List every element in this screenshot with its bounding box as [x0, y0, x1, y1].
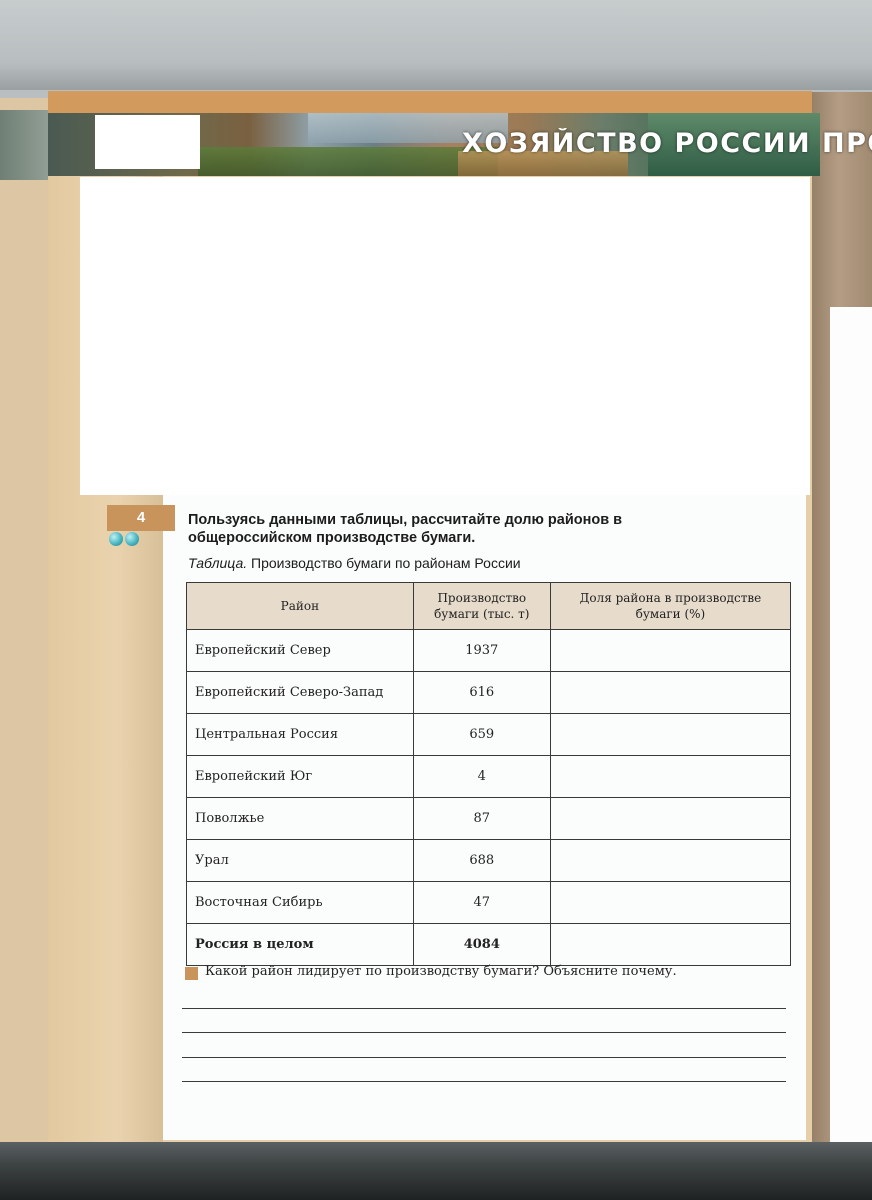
region-cell: Центральная Россия: [187, 714, 414, 756]
redacted-logo: [95, 115, 200, 169]
table-total-row: Россия в целом4084: [187, 924, 791, 966]
table-row: Поволжье87: [187, 798, 791, 840]
answer-line[interactable]: [182, 1008, 786, 1009]
table-row: Восточная Сибирь47: [187, 882, 791, 924]
share-cell[interactable]: [550, 756, 790, 798]
answer-line[interactable]: [182, 1057, 786, 1058]
table-row: Центральная Россия659: [187, 714, 791, 756]
table-caption-label: Таблица.: [188, 555, 247, 571]
scanner-background-bottom: [0, 1142, 872, 1200]
paper-production-table: Район Производство бумаги (тыс. т) Доля …: [186, 582, 791, 966]
table-row: Европейский Север1937: [187, 630, 791, 672]
table-row: Урал688: [187, 840, 791, 882]
production-cell: 47: [413, 882, 550, 924]
redacted-region-main: [80, 177, 810, 495]
production-cell: 1937: [413, 630, 550, 672]
production-cell: 4084: [413, 924, 550, 966]
page-top-band: [48, 91, 812, 115]
task-instruction: Пользуясь данными таблицы, рассчитайте д…: [188, 511, 748, 547]
question-marker-icon: [185, 967, 198, 980]
table-row: Европейский Юг4: [187, 756, 791, 798]
region-cell: Поволжье: [187, 798, 414, 840]
share-cell[interactable]: [550, 714, 790, 756]
answer-line[interactable]: [182, 1032, 786, 1033]
production-cell: 4: [413, 756, 550, 798]
region-cell: Европейский Север: [187, 630, 414, 672]
production-cell: 659: [413, 714, 550, 756]
table-caption-text: Производство бумаги по районам России: [247, 555, 520, 571]
production-cell: 616: [413, 672, 550, 714]
share-cell[interactable]: [550, 630, 790, 672]
production-cell: 688: [413, 840, 550, 882]
follow-up-question: Какой район лидирует по производству бум…: [205, 964, 677, 979]
production-cell: 87: [413, 798, 550, 840]
task-number-badge: 4: [107, 505, 175, 531]
table-row: Европейский Северо-Запад616: [187, 672, 791, 714]
region-cell: Европейский Юг: [187, 756, 414, 798]
share-cell[interactable]: [550, 672, 790, 714]
answer-line[interactable]: [182, 1081, 786, 1082]
region-cell: Урал: [187, 840, 414, 882]
column-header-region: Район: [187, 583, 414, 630]
region-cell: Восточная Сибирь: [187, 882, 414, 924]
share-cell[interactable]: [550, 882, 790, 924]
column-header-production: Производство бумаги (тыс. т): [413, 583, 550, 630]
difficulty-dot-icon: [109, 532, 123, 546]
region-cell: Европейский Северо-Запад: [187, 672, 414, 714]
column-header-share: Доля района в производстве бумаги (%): [550, 583, 790, 630]
section-title: ХОЗЯЙСТВО РОССИИ ПРО: [462, 128, 872, 159]
share-cell[interactable]: [550, 798, 790, 840]
difficulty-dot-icon: [125, 532, 139, 546]
region-cell: Россия в целом: [187, 924, 414, 966]
redacted-region-right-lower: [836, 818, 872, 1142]
share-cell[interactable]: [550, 840, 790, 882]
table-header-row: Район Производство бумаги (тыс. т) Доля …: [187, 583, 791, 630]
table-caption: Таблица. Производство бумаги по районам …: [188, 555, 521, 571]
scanner-background-top: [0, 0, 872, 90]
share-cell[interactable]: [550, 924, 790, 966]
